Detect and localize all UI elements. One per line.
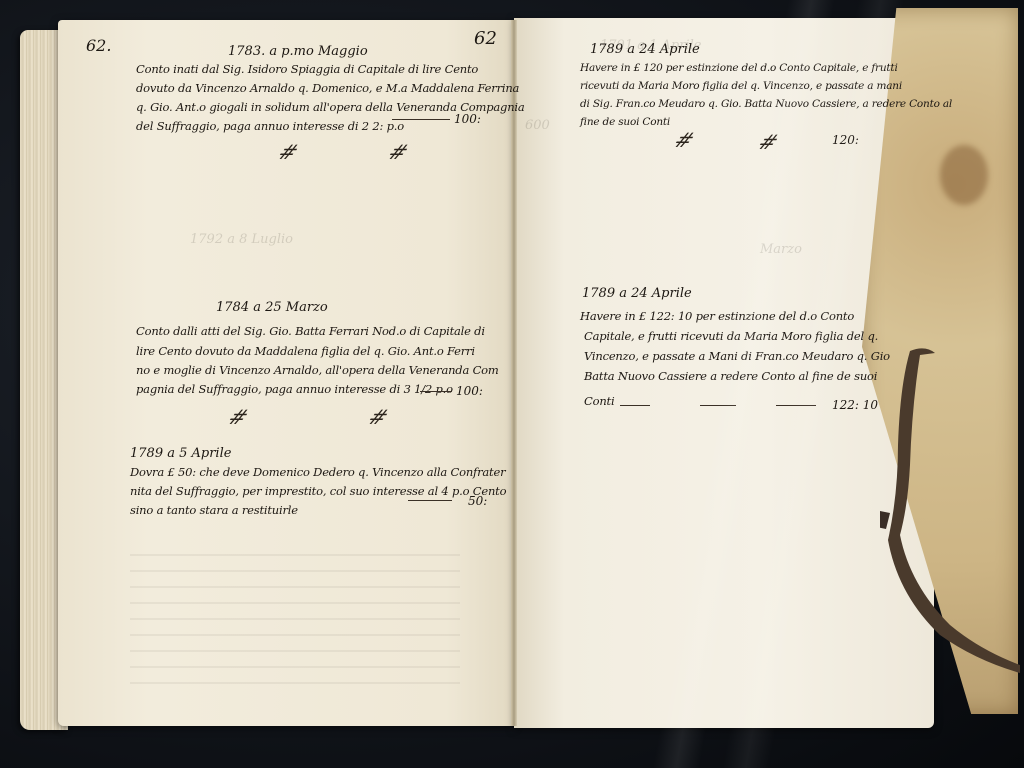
ledger-rule <box>420 391 452 392</box>
entry-line: ricevuti da Maria Moro figlia del q. Vin… <box>580 80 902 92</box>
entry-line: Conto dalli atti del Sig. Gio. Batta Fer… <box>136 324 485 338</box>
bleed-through-text: 1792 a 8 Luglio <box>190 232 293 247</box>
ledger-rule <box>620 405 650 406</box>
entry-date: 1789 a 24 Aprile <box>590 42 700 57</box>
ledger-rule <box>700 405 736 406</box>
entry-amount: 100: <box>454 112 481 126</box>
entry-line: di Sig. Fran.co Meudaro q. Gio. Batta Nu… <box>580 98 952 110</box>
entry-date: 1784 a 25 Marzo <box>216 300 328 315</box>
entry-line: sino a tanto stara a restituirle <box>130 503 298 517</box>
ledger-rule <box>408 500 452 501</box>
entry-line: no e moglie di Vincenzo Arnaldo, all'ope… <box>136 363 499 377</box>
entry-line: Batta Nuovo Cassiere a redere Conto al f… <box>584 369 877 383</box>
entry-line: Conti <box>584 394 614 408</box>
ledger-rule <box>392 119 450 120</box>
entry-date: 1789 a 24 Aprile <box>582 286 692 301</box>
bleed-through-text: Marzo <box>760 242 802 257</box>
entry-line: nita del Suffraggio, per imprestito, col… <box>130 484 506 498</box>
bleed-through-block <box>130 540 460 690</box>
entry-amount: 50: <box>468 494 487 508</box>
page-number: 62. <box>86 36 111 55</box>
entry-line: dovuto da Vincenzo Arnaldo q. Domenico, … <box>136 81 519 95</box>
entry-line: Dovra £ 50: che deve Domenico Dedero q. … <box>130 465 505 479</box>
ledger-rule <box>776 405 816 406</box>
entry-line: pagnia del Suffraggio, paga annuo intere… <box>136 382 453 396</box>
entry-line: Havere in £ 120 per estinzione del d.o C… <box>580 62 898 74</box>
cover-stain <box>940 145 988 205</box>
book-gutter <box>511 20 517 726</box>
page-number: 62 <box>474 28 497 49</box>
entry-date: 1783. a p.mo Maggio <box>228 44 368 59</box>
entry-amount: 122: 10 <box>832 398 878 412</box>
bleed-through-text: 600 <box>525 118 550 133</box>
entry-line: lire Cento dovuto da Maddalena figlia de… <box>136 344 475 358</box>
entry-line: Conto inati dal Sig. Isidoro Spiaggia di… <box>136 62 478 76</box>
entry-line: Havere in £ 122: 10 per estinzione del d… <box>580 309 854 323</box>
entry-line: del Suffraggio, paga annuo interesse di … <box>136 119 404 133</box>
entry-line: Vincenzo, e passate a Mani di Fran.co Me… <box>584 349 890 363</box>
entry-line: fine de suoi Conti <box>580 116 670 128</box>
entry-date: 1789 a 5 Aprile <box>130 446 231 461</box>
entry-amount: 120: <box>832 133 859 147</box>
entry-amount: 100: <box>456 384 483 398</box>
entry-line: Capitale, e frutti ricevuti da Maria Mor… <box>584 329 878 343</box>
